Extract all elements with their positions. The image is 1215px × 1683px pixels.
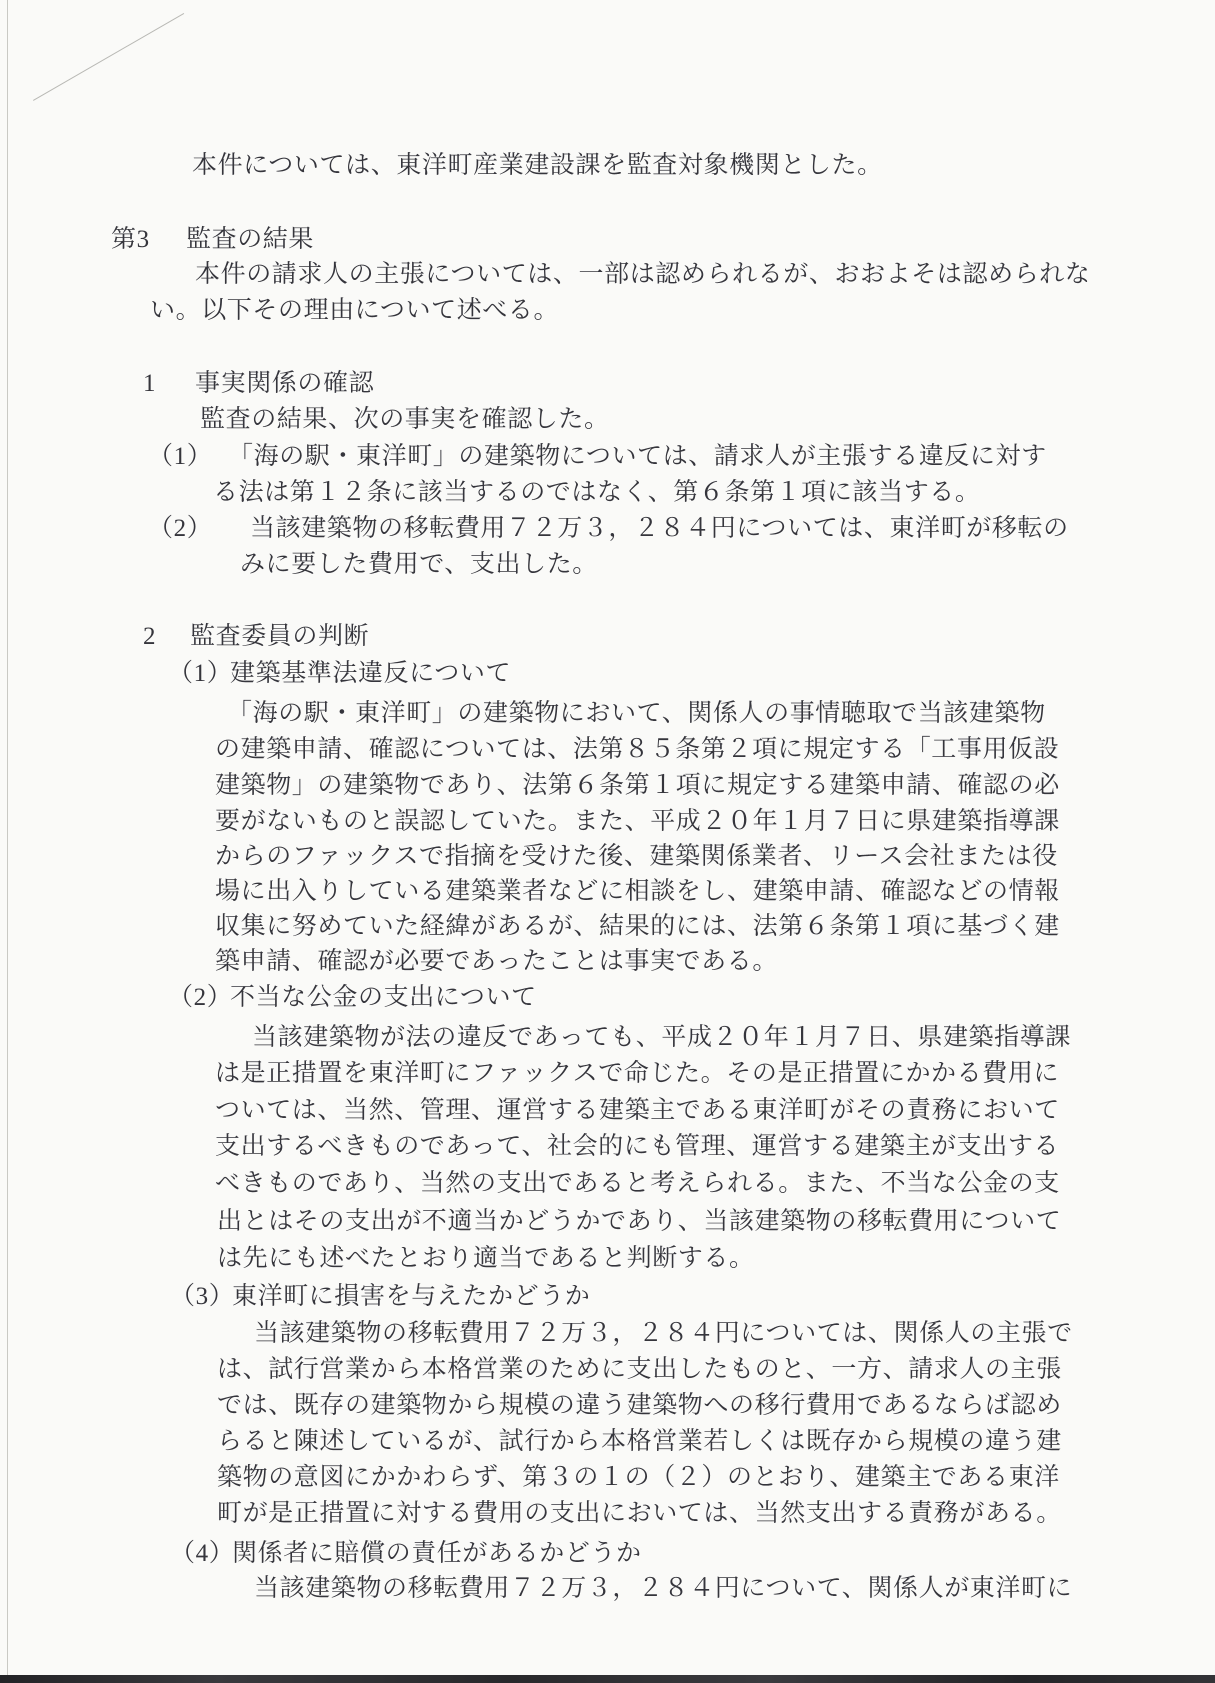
item-2-2-body-line-1: 当該建築物が法の違反であっても、平成２０年１月７日、県建築指導課 bbox=[252, 1022, 1071, 1053]
section3-lead-line-1: 本件の請求人の主張については、一部は認められるが、おおよそは認められな bbox=[195, 259, 1091, 290]
item-2-1-body-line-7: 収集に努めていた経緯があるが、結果的には、法第６条第１項に基づく建 bbox=[215, 911, 1060, 942]
scan-bottom-edge bbox=[0, 1675, 1215, 1683]
item-2-1-body-line-6: 場に出入りしている建築業者などに相談をし、建築申請、確認などの情報 bbox=[215, 876, 1060, 907]
item-2-1-body-line-8: 築申請、確認が必要であったことは事実である。 bbox=[215, 946, 778, 977]
section3-lead-line-2: い。以下その理由について述べる。 bbox=[150, 295, 559, 326]
item-2-3-body-line-2: は、試行営業から本格営業のために支出したものと、一方、請求人の主張 bbox=[217, 1354, 1062, 1385]
item-1-2-line-1: 当該建築物の移転費用７２万３，２８４円については、東洋町が移転の bbox=[250, 513, 1069, 544]
item-2-3-body-line-6: 町が是正措置に対する費用の支出においては、当然支出する責務がある。 bbox=[217, 1498, 1062, 1529]
item-2-1-body-line-5: からのファックスで指摘を受けた後、建築関係業者、リース会社または役 bbox=[215, 841, 1058, 872]
item-2-2-body-line-2: は是正措置を東洋町にファックスで命じた。その是正措置にかかる費用に bbox=[215, 1058, 1059, 1089]
item-2-2-title: 不当な公金の支出について bbox=[230, 982, 537, 1013]
item-2-2-body-line-5: べきものであり、当然の支出であると考えられる。また、不当な公金の支 bbox=[215, 1168, 1060, 1199]
intro-paragraph-line: 本件については、東洋町産業建設課を監査対象機関とした。 bbox=[192, 150, 883, 181]
item-2-2-body-line-3: ついては、当然、管理、運営する建築主である東洋町がその責務において bbox=[215, 1095, 1060, 1126]
item-2-2-body-line-6: 出とはその支出が不適当かどうかであり、当該建築物の移転費用について bbox=[217, 1206, 1061, 1237]
item-2-2-body-line-7: は先にも述べたとおり適当であると判断する。 bbox=[217, 1243, 755, 1274]
section3-number: 第3 bbox=[111, 224, 150, 255]
item-2-1-body-line-2: の建築申請、確認については、法第８５条第２項に規定する「工事用仮設 bbox=[215, 734, 1059, 765]
item-2-4-marker: （4） bbox=[170, 1538, 234, 1569]
scan-crease-line bbox=[33, 13, 184, 101]
item-2-1-body-line-3: 建築物」の建築物であり、法第６条第１項に規定する建築申請、確認の必 bbox=[215, 770, 1060, 801]
item-2-3-body-line-5: 築物の意図にかかわらず、第３の１の（２）のとおり、建築主である東洋 bbox=[217, 1462, 1060, 1493]
scanned-document-page: 本件については、東洋町産業建設課を監査対象機関とした。 第3 監査の結果 本件の… bbox=[0, 0, 1215, 1683]
item-2-4-title: 関係者に賠償の責任があるかどうか bbox=[232, 1538, 642, 1569]
item-2-1-body-line-4: 要がないものと誤認していた。また、平成２０年１月７日に県建築指導課 bbox=[215, 806, 1060, 837]
item-2-3-marker: （3） bbox=[170, 1281, 234, 1312]
item-2-1-body-line-1: 「海の駅・東洋町」の建築物において、関係人の事情聴取で当該建築物 bbox=[227, 698, 1046, 729]
subsection2-number: 2 bbox=[143, 621, 156, 652]
item-2-3-body-line-4: らると陳述しているが、試行から本格営業若しくは既存から規模の違う建 bbox=[217, 1426, 1062, 1457]
subsection1-lead-line: 監査の結果、次の事実を確認した。 bbox=[200, 404, 610, 435]
subsection2-title: 監査委員の判断 bbox=[190, 621, 369, 652]
item-2-1-marker: （1） bbox=[168, 658, 232, 689]
item-2-3-title: 東洋町に損害を与えたかどうか bbox=[232, 1281, 590, 1312]
subsection1-number: 1 bbox=[143, 368, 156, 399]
item-1-2-line-2: みに要した費用で、支出した。 bbox=[240, 549, 598, 580]
subsection1-title: 事実関係の確認 bbox=[195, 368, 374, 399]
item-2-4-body-line-1: 当該建築物の移転費用７２万３，２８４円について、関係人が東洋町に bbox=[254, 1573, 1072, 1604]
item-2-2-marker: （2） bbox=[168, 982, 232, 1013]
item-2-3-body-line-1: 当該建築物の移転費用７２万３，２８４円については、関係人の主張で bbox=[254, 1318, 1073, 1349]
item-2-2-body-line-4: 支出するべきものであって、社会的にも管理、運営する建築主が支出する bbox=[215, 1131, 1059, 1162]
item-2-3-body-line-3: では、既存の建築物から規模の違う建築物への移行費用であるならば認め bbox=[217, 1390, 1062, 1421]
item-1-1-line-1: 「海の駅・東洋町」の建築物については、請求人が主張する違反に対す bbox=[228, 441, 1047, 472]
item-1-1-line-2: る法は第１２条に該当するのではなく、第６条第１項に該当する。 bbox=[213, 477, 981, 508]
paper-left-edge-line bbox=[7, 0, 8, 1676]
section3-title: 監査の結果 bbox=[186, 224, 314, 255]
item-2-1-title: 建築基準法違反について bbox=[230, 658, 511, 689]
item-1-2-marker: （2） bbox=[148, 513, 212, 544]
item-1-1-marker: （1） bbox=[148, 441, 212, 472]
